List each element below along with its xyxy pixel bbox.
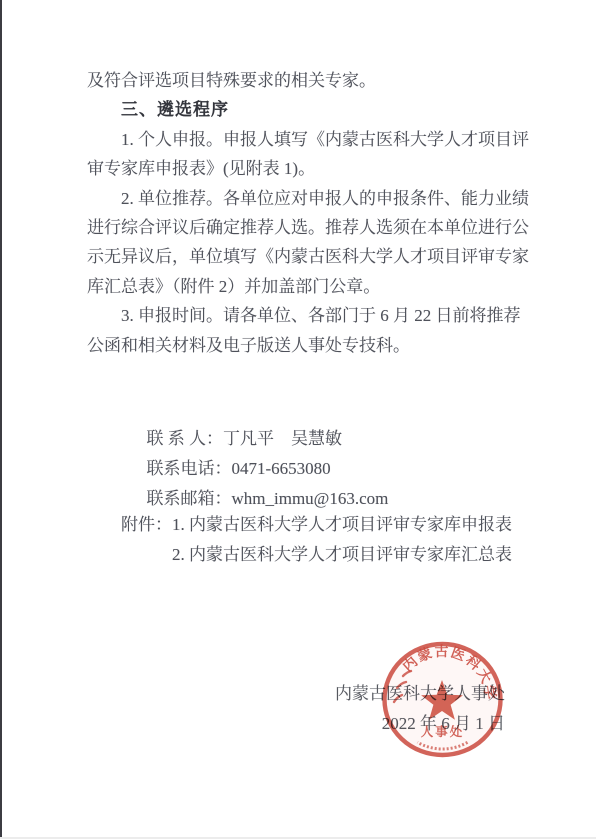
body-line-intro: 及符合评选项目特殊要求的相关专家。 <box>87 66 529 95</box>
official-seal: 内蒙古医科大学 人事处 <box>379 640 506 761</box>
document-page: 及符合评选项目特殊要求的相关专家。 三、遴选程序 1. 个人申报。申报人填写《内… <box>0 0 596 839</box>
attachments-label: 附件： <box>121 510 172 540</box>
attachment-item-2: 2. 内蒙古医科大学人才项目评审专家库汇总表 <box>172 540 512 570</box>
para2-line3: 示无异议后，单位填写《内蒙古医科大学人才项目评审专家 <box>87 242 529 271</box>
para3-line2: 公函和相关材料及电子版送人事处专技科。 <box>87 331 529 360</box>
para1-line1: 1. 个人申报。申报人填写《内蒙古医科大学人才项目评 <box>87 125 529 154</box>
contact-person-value: 丁凡平 吴慧敏 <box>223 429 342 448</box>
scan-edge-line <box>0 0 2 839</box>
contact-email-value: whm_immu@163.com <box>232 489 389 508</box>
section-heading: 三、遴选程序 <box>87 95 529 124</box>
para2-line4: 库汇总表》（附件 2）并加盖部门公章。 <box>87 272 529 301</box>
attachments-block: 附件： 1. 内蒙古医科大学人才项目评审专家库申报表 2. 内蒙古医科大学人才项… <box>121 510 512 570</box>
document-body: 及符合评选项目特殊要求的相关专家。 三、遴选程序 1. 个人申报。申报人填写《内… <box>87 66 529 360</box>
contact-phone-value: 0471-6653080 <box>232 459 331 478</box>
attachment-item-1: 1. 内蒙古医科大学人才项目评审专家库申报表 <box>172 510 512 540</box>
contact-phone-label: 联系电话： <box>147 459 232 478</box>
contact-email-label: 联系邮箱： <box>147 489 232 508</box>
contact-block: 联 系 人：丁凡平 吴慧敏 联系电话：0471-6653080 联系邮箱：whm… <box>121 394 388 484</box>
attachments-list: 1. 内蒙古医科大学人才项目评审专家库申报表 2. 内蒙古医科大学人才项目评审专… <box>172 510 512 570</box>
contact-person-label: 联 系 人： <box>147 429 224 448</box>
para3-line1: 3. 申报时间。请各单位、各部门于 6 月 22 日前将推荐 <box>87 301 529 330</box>
para2-line1: 2. 单位推荐。各单位应对申报人的申报条件、能力业绩 <box>87 184 529 213</box>
seal-bottom-text: 人事处 <box>421 724 465 739</box>
contact-person-row: 联 系 人：丁凡平 吴慧敏 <box>121 394 388 424</box>
para2-line2: 进行综合评议后确定推荐人选。推荐人选须在本单位进行公 <box>87 213 529 242</box>
para1-line2: 审专家库申报表》(见附表 1)。 <box>87 154 529 183</box>
